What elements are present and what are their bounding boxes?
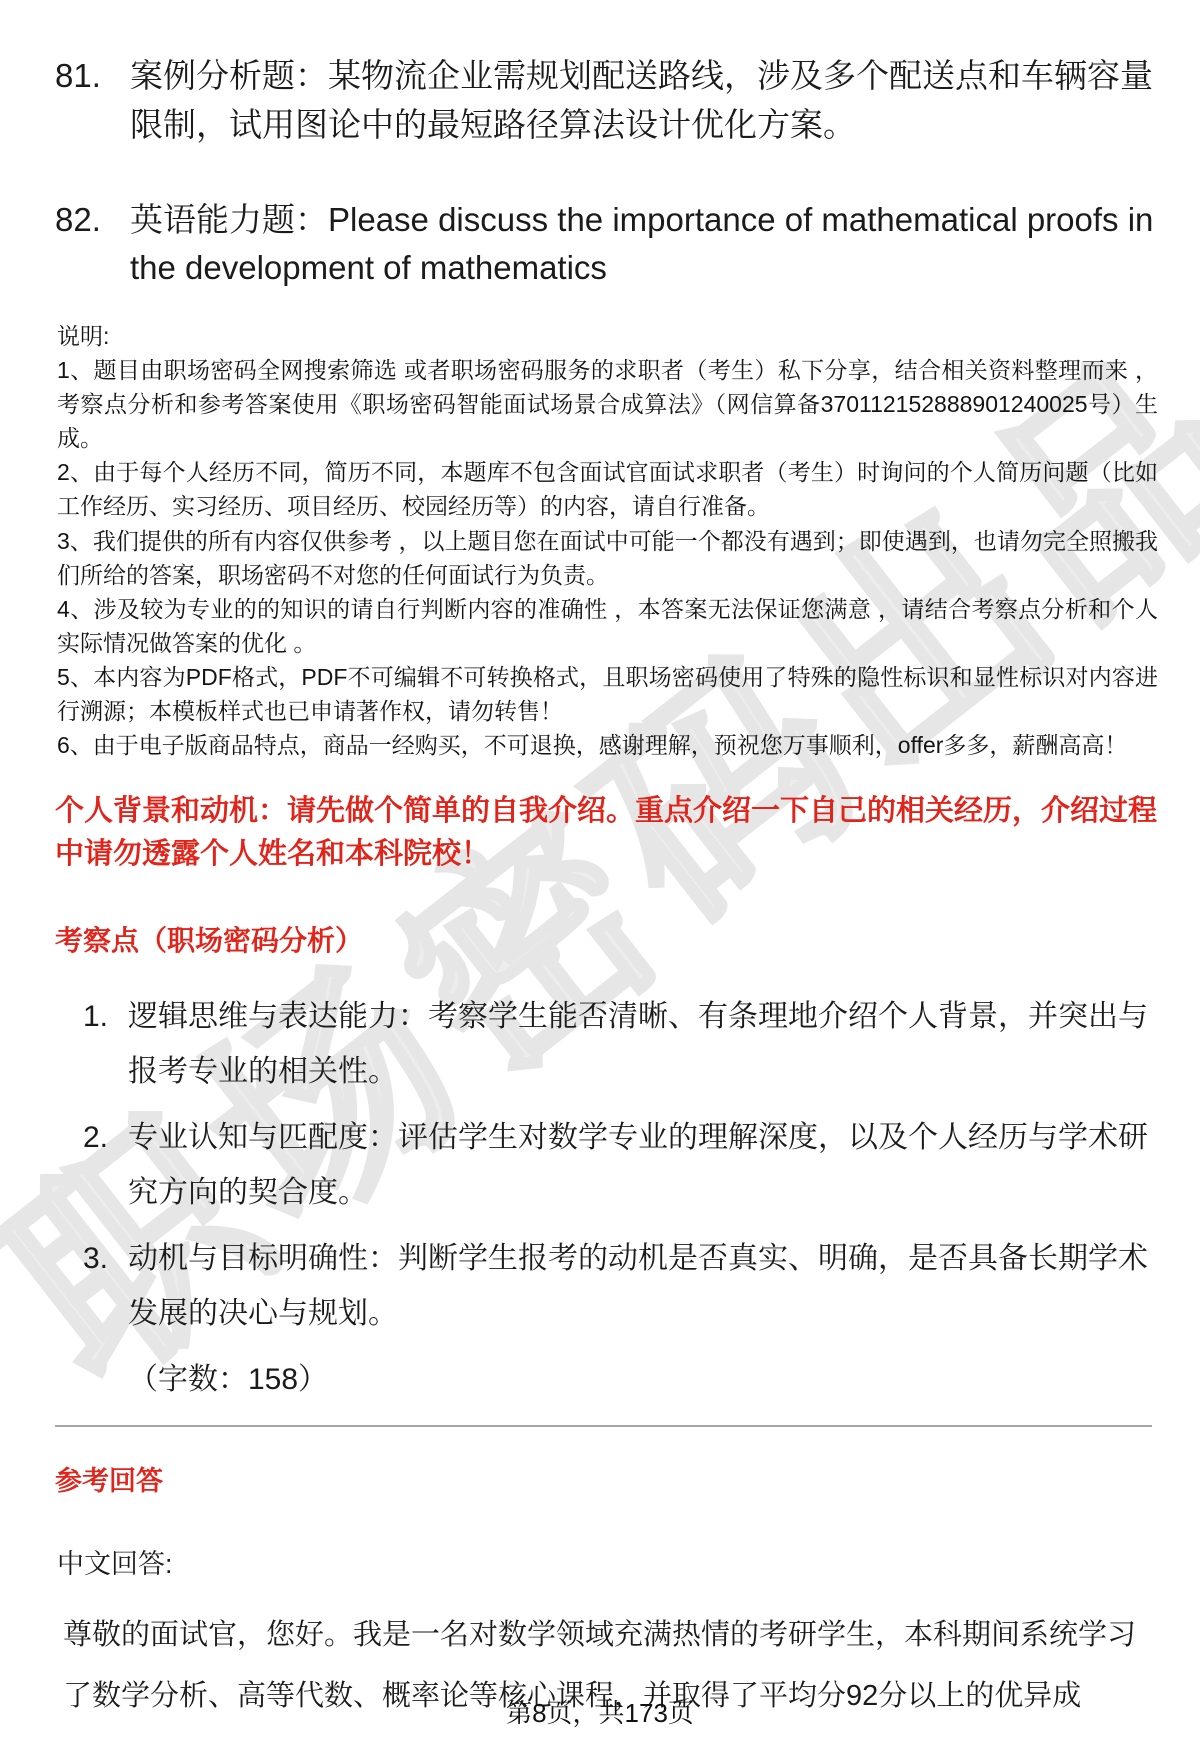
analysis-point: 1. 逻辑思维与表达能力：考察学生能否清晰、有条理地介绍个人背景，并突出与报考专… xyxy=(83,989,1160,1100)
notes-title: 说明: xyxy=(57,319,1158,353)
note-item: 1、题目由职场密码全网搜索筛选 或者职场密码服务的求职者（考生）私下分享，结合相… xyxy=(57,353,1158,455)
question-text: 英语能力题：Please discuss the importance of m… xyxy=(130,196,1160,294)
note-item: 4、涉及较为专业的的知识的请自行判断内容的准确性 ，本答案无法保证您满意 ，请结… xyxy=(57,592,1158,660)
question-number: 81. xyxy=(55,52,130,150)
point-text: 动机与目标明确性：判断学生报考的动机是否真实、明确，是否具备长期学术发展的决心与… xyxy=(128,1231,1160,1342)
section-divider xyxy=(55,1425,1152,1427)
question-number: 82. xyxy=(55,196,130,294)
note-item: 3、我们提供的所有内容仅供参考 ，以上题目您在面试中可能一个都没有遇到；即使遇到… xyxy=(57,524,1158,592)
question-list: 81. 案例分析题：某物流企业需规划配送路线，涉及多个配送点和车辆容量限制，试用… xyxy=(0,0,1200,293)
personal-background-prompt: 个人背景和动机：请先做个简单的自我介绍。重点介绍一下自己的相关经历，介绍过程中请… xyxy=(55,790,1158,877)
chinese-answer-label: 中文回答: xyxy=(57,1542,1200,1581)
note-item: 5、本内容为PDF格式，PDF不可编辑不可转换格式，且职场密码使用了特殊的隐性标… xyxy=(57,660,1158,728)
word-count: （字数：158） xyxy=(128,1352,1200,1408)
analysis-point-list: 1. 逻辑思维与表达能力：考察学生能否清晰、有条理地介绍个人背景，并突出与报考专… xyxy=(83,989,1160,1342)
question-text: 案例分析题：某物流企业需规划配送路线，涉及多个配送点和车辆容量限制，试用图论中的… xyxy=(130,52,1160,150)
point-number: 1. xyxy=(83,989,128,1100)
point-number: 2. xyxy=(83,1110,128,1221)
note-item: 6、由于电子版商品特点，商品一经购买，不可退换，感谢理解，预祝您万事顺利，off… xyxy=(57,728,1158,762)
point-number: 3. xyxy=(83,1231,128,1342)
analysis-point: 2. 专业认知与匹配度：评估学生对数学专业的理解深度，以及个人经历与学术研究方向… xyxy=(83,1110,1160,1221)
point-text: 逻辑思维与表达能力：考察学生能否清晰、有条理地介绍个人背景，并突出与报考专业的相… xyxy=(128,989,1160,1100)
notes-section: 说明: 1、题目由职场密码全网搜索筛选 或者职场密码服务的求职者（考生）私下分享… xyxy=(57,319,1158,761)
page-footer: 第8页，共173页 xyxy=(0,1693,1200,1730)
page-content: 81. 案例分析题：某物流企业需规划配送路线，涉及多个配送点和车辆容量限制，试用… xyxy=(0,0,1200,1727)
note-item: 2、由于每个人经历不同，简历不同，本题库不包含面试官面试求职者（考生）时询问的个… xyxy=(57,455,1158,523)
analysis-heading: 考察点（职场密码分析） xyxy=(55,919,1200,959)
question-item: 82. 英语能力题：Please discuss the importance … xyxy=(55,196,1160,294)
question-item: 81. 案例分析题：某物流企业需规划配送路线，涉及多个配送点和车辆容量限制，试用… xyxy=(55,52,1160,150)
point-text: 专业认知与匹配度：评估学生对数学专业的理解深度，以及个人经历与学术研究方向的契合… xyxy=(128,1110,1160,1221)
analysis-point: 3. 动机与目标明确性：判断学生报考的动机是否真实、明确，是否具备长期学术发展的… xyxy=(83,1231,1160,1342)
reference-answer-heading: 参考回答 xyxy=(55,1459,1200,1498)
pdf-page: 职场密码出品 81. 案例分析题：某物流企业需规划配送路线，涉及多个配送点和车辆… xyxy=(0,0,1200,1755)
